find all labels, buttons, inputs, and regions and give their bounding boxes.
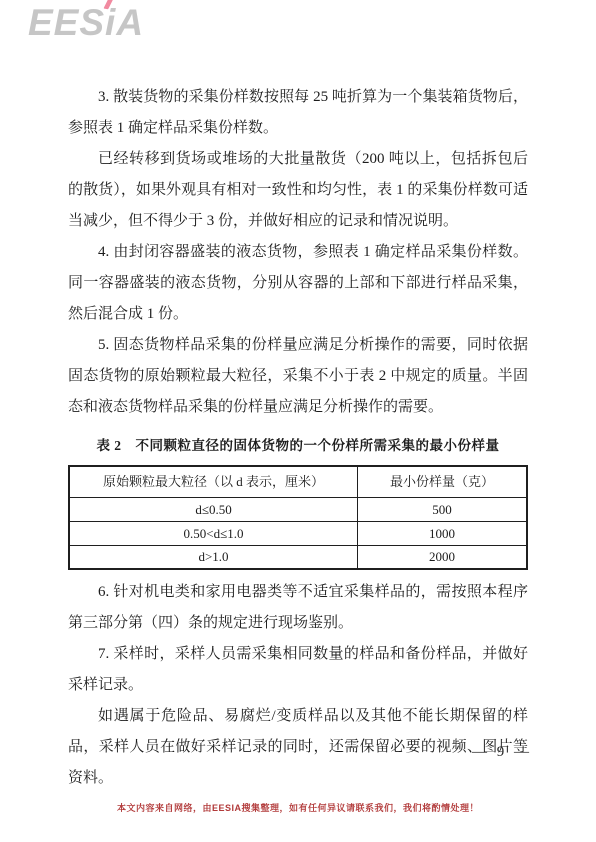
sample-size-table: 原始颗粒最大粒径（以 d 表示，厘米） 最小份样量（克） d≤0.50 500 …: [68, 465, 528, 570]
logo-text-prefix: EES: [28, 2, 105, 43]
logo-letter-i: i: [105, 2, 116, 43]
logo-text-suffix: A: [116, 2, 144, 43]
table-title: 表 2 不同颗粒直径的固体货物的一个份样所需采集的最小份样量: [68, 430, 528, 461]
table-header-min-sample: 最小份样量（克）: [358, 466, 527, 497]
paragraph-4: 4. 由封闭容器盛装的液态货物，参照表 1 确定样品采集份样数。同一容器盛装的液…: [68, 237, 528, 330]
table-row: 0.50<d≤1.0 1000: [69, 521, 527, 545]
document-body: 3. 散装货物的采集份样数按照每 25 吨折算为一个集装箱货物后，参照表 1 确…: [68, 82, 528, 794]
page-number: — 9 —: [472, 744, 532, 761]
paragraph-3: 3. 散装货物的采集份样数按照每 25 吨折算为一个集装箱货物后，参照表 1 确…: [68, 82, 528, 144]
table-cell-mass-2: 1000: [358, 521, 527, 545]
footer-disclaimer: 本文内容来自网络，由EESIA搜集整理，如有任何异议请联系我们，我们将酌情处理！: [0, 801, 596, 814]
table-row: d≤0.50 500: [69, 497, 527, 521]
table-cell-mass-1: 500: [358, 497, 527, 521]
table-cell-mass-3: 2000: [358, 545, 527, 569]
paragraph-5: 5. 固态货物样品采集的份样量应满足分析操作的需要，同时依据固态货物的原始颗粒最…: [68, 330, 528, 423]
table-cell-size-1: d≤0.50: [69, 497, 358, 521]
paragraph-8: 如遇属于危险品、易腐烂/变质样品以及其他不能长期保留的样品，采样人员在做好采样记…: [68, 701, 528, 794]
paragraph-7: 7. 采样时，采样人员需采集相同数量的样品和备份样品，并做好采样记录。: [68, 639, 528, 701]
paragraph-6: 6. 针对机电类和家用电器类等不适宜采集样品的，需按照本程序第三部分第（四）条的…: [68, 577, 528, 639]
table-header-particle-size: 原始颗粒最大粒径（以 d 表示，厘米）: [69, 466, 358, 497]
table-header-row: 原始颗粒最大粒径（以 d 表示，厘米） 最小份样量（克）: [69, 466, 527, 497]
table-row: d>1.0 2000: [69, 545, 527, 569]
document-page: EESiA 3. 散装货物的采集份样数按照每 25 吨折算为一个集装箱货物后，参…: [0, 0, 596, 842]
table-cell-size-2: 0.50<d≤1.0: [69, 521, 358, 545]
brand-logo: EESiA: [28, 2, 144, 44]
table-cell-size-3: d>1.0: [69, 545, 358, 569]
paragraph-3-continued: 已经转移到货场或堆场的大批量散货（200 吨以上，包括拆包后的散货），如果外观具…: [68, 144, 528, 237]
